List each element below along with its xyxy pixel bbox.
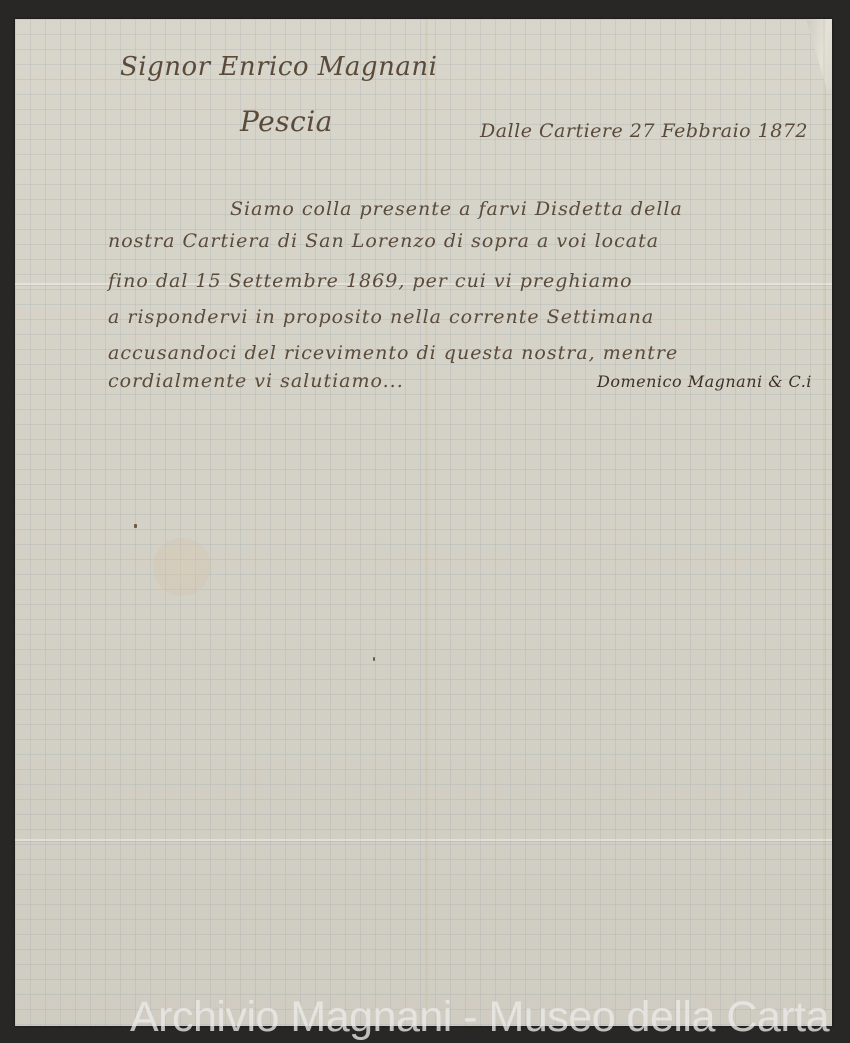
- recipient-city: Pescia: [240, 105, 333, 138]
- body-line: fino dal 15 Settembre 1869, per cui vi p…: [108, 270, 633, 292]
- dateline: Dalle Cartiere 27 Febbraio 1872: [480, 120, 808, 142]
- body-line: Siamo colla presente a farvi Disdetta de…: [230, 198, 683, 220]
- recipient-name: Signor Enrico Magnani: [120, 52, 437, 82]
- ink-speck: [134, 524, 137, 528]
- vertical-fold-line: [425, 19, 428, 1026]
- letter-sheet: [15, 19, 832, 1026]
- water-stain: [153, 538, 211, 596]
- body-line: a rispondervi in proposito nella corrent…: [108, 306, 654, 328]
- vertical-fold-line: [823, 19, 825, 1026]
- archive-watermark: Archivio Magnani - Museo della Carta: [130, 993, 829, 1042]
- body-line: accusandoci del ricevimento di questa no…: [108, 342, 678, 364]
- folded-corner: [806, 19, 832, 89]
- signature: Domenico Magnani & C.i: [597, 372, 812, 391]
- body-line: nostra Cartiera di San Lorenzo di sopra …: [108, 230, 659, 252]
- body-line: cordialmente vi salutiamo...: [108, 370, 404, 392]
- horizontal-fold-line: [15, 839, 832, 841]
- ink-speck: [373, 657, 375, 661]
